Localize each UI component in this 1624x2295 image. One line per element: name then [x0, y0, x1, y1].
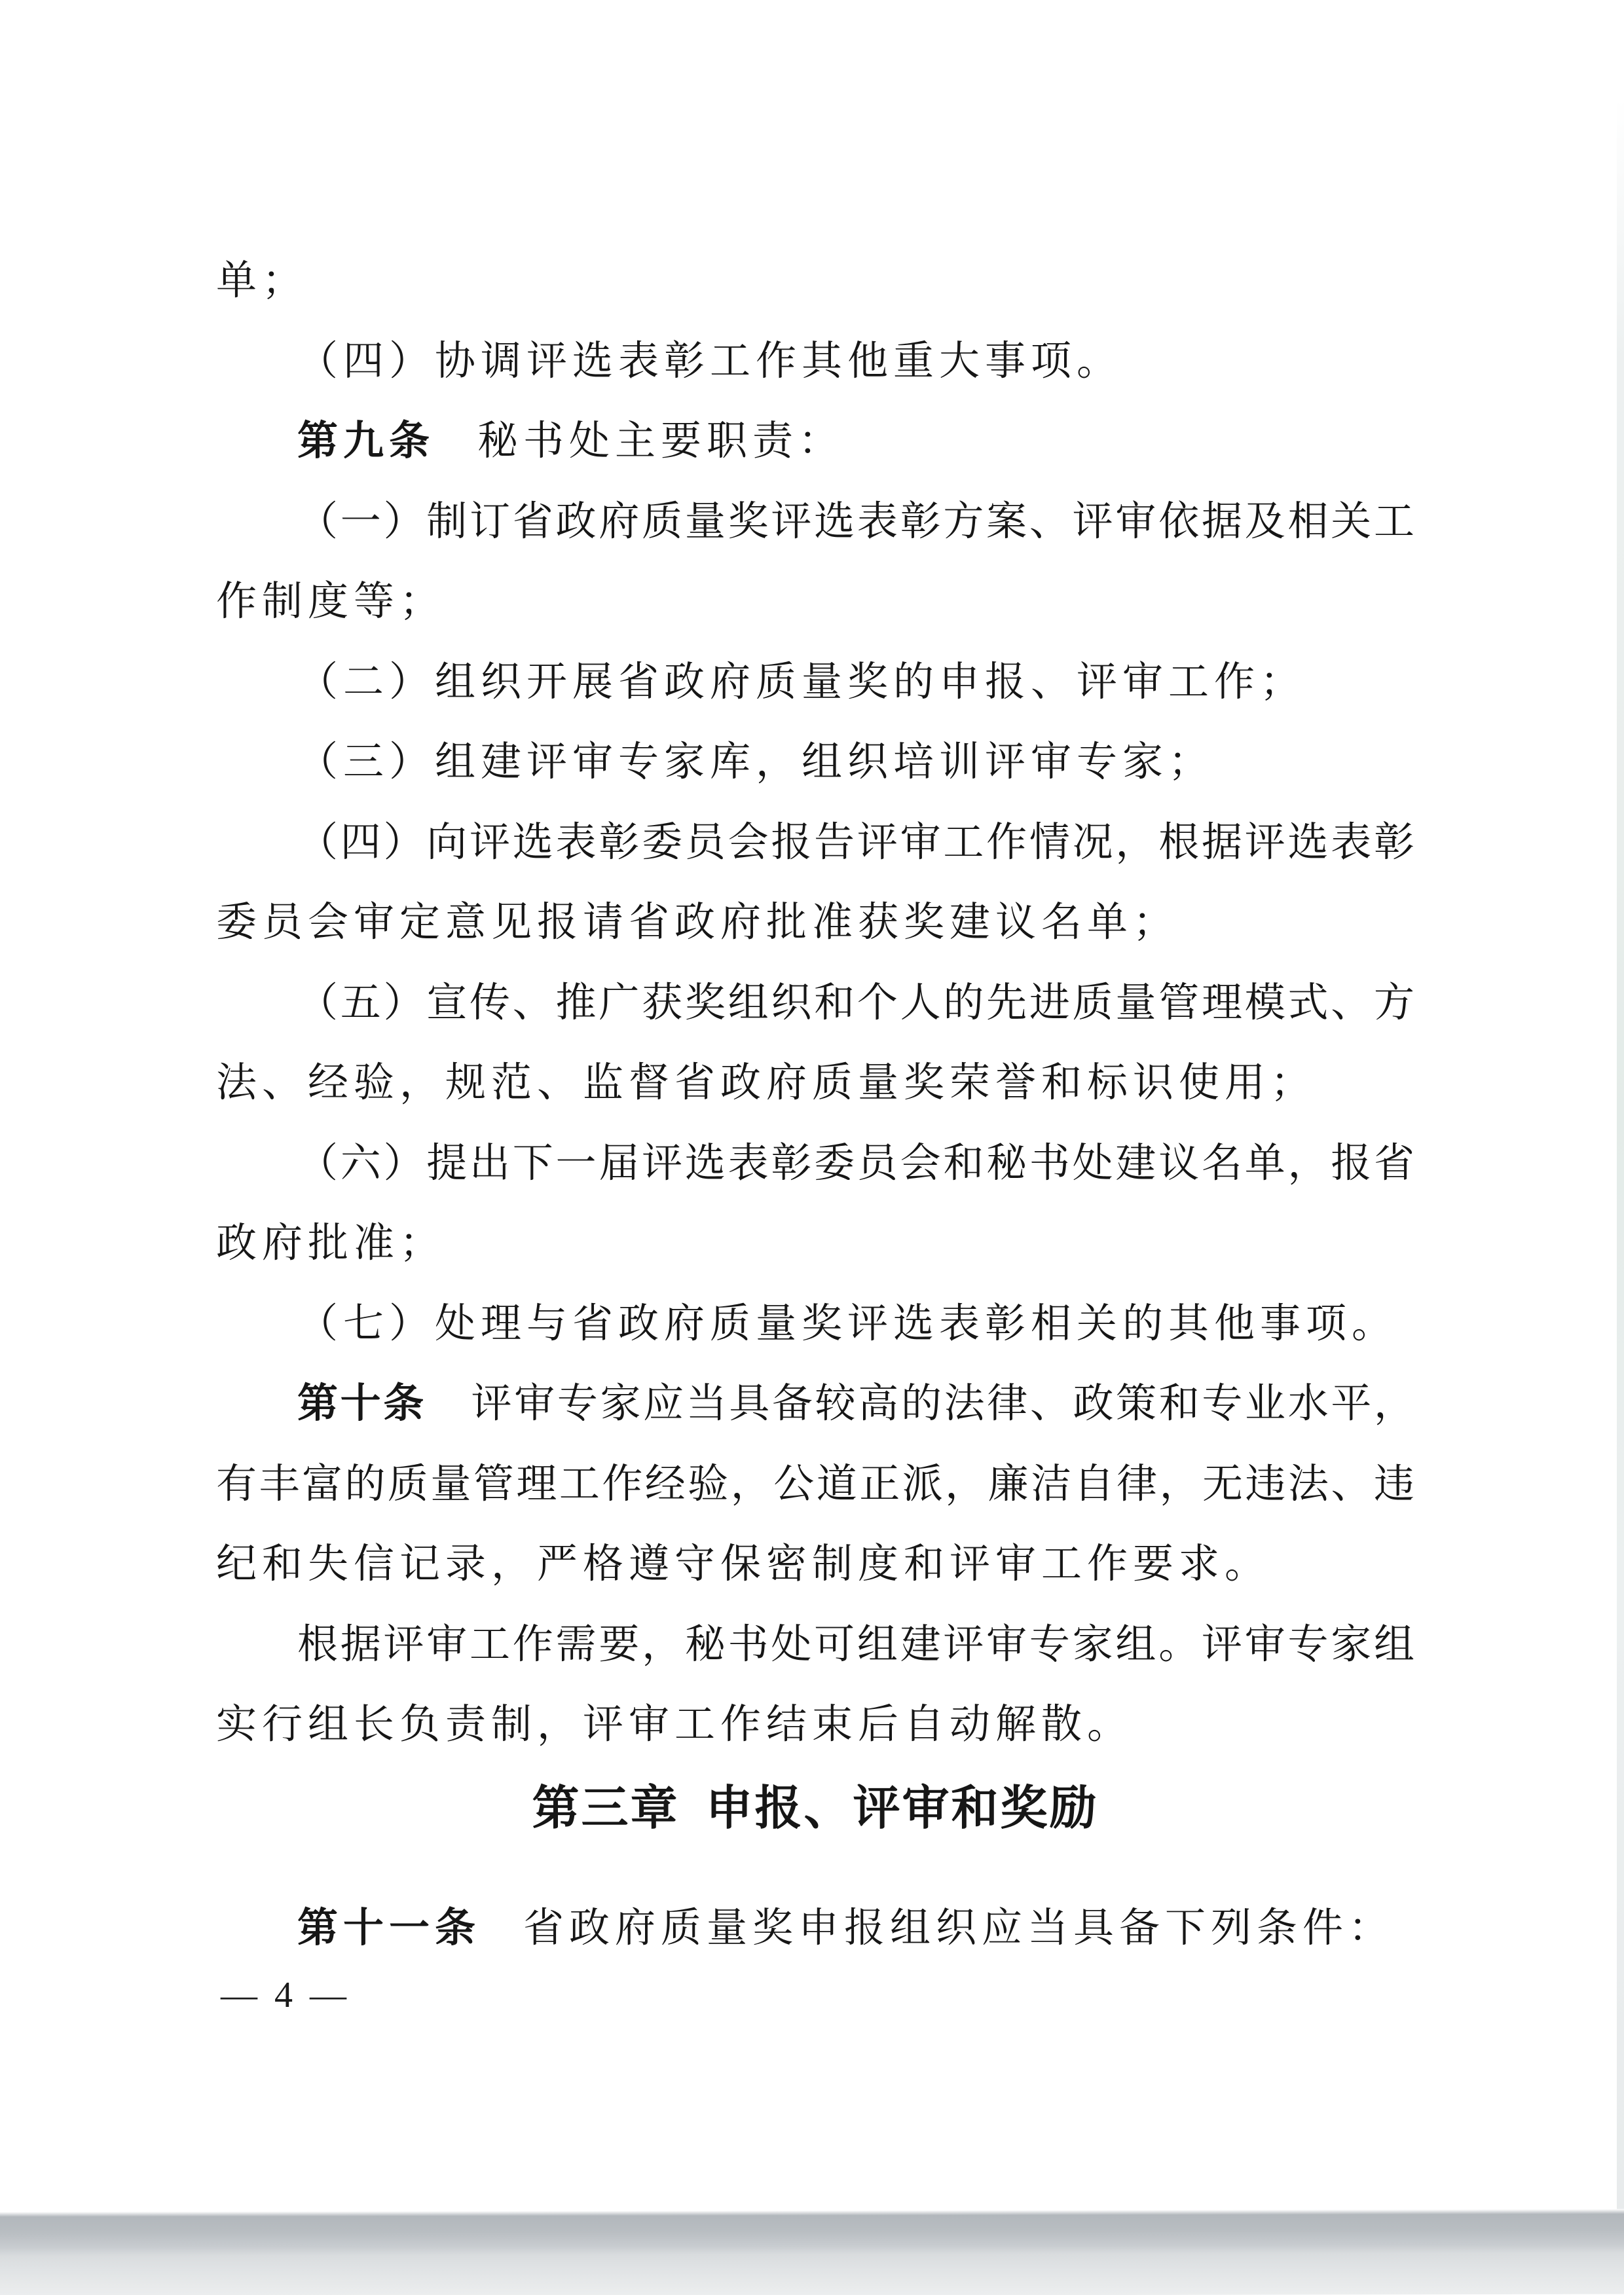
page-number: — 4 — — [221, 1972, 350, 2018]
line-text: 有丰富的质量管理工作经验，公道正派，廉洁自律，无违法、违 — [216, 1462, 1414, 1507]
line-text: 纪和失信记录，严格遵守保密制度和评审工作要求。 — [216, 1542, 1270, 1587]
text-line: 纪和失信记录，严格遵守保密制度和评审工作要求。 — [216, 1524, 1414, 1605]
text-line: 第十一条省政府质量奖申报组织应当具备下列条件： — [216, 1888, 1414, 1969]
line-text: 实行组长负责制，评审工作结束后自动解散。 — [216, 1702, 1133, 1747]
line-text: 申报、评审和奖励 — [706, 1782, 1099, 1835]
text-line: 委员会审定意见报请省政府批准获奖建议名单； — [216, 883, 1414, 963]
line-text: 单； — [216, 259, 308, 303]
article-number: 第十一条 — [297, 1905, 481, 1951]
chapter-number: 第三章 — [532, 1782, 679, 1835]
text-line: 政府批准； — [216, 1203, 1414, 1284]
article-number: 第九条 — [297, 418, 435, 464]
line-text: 评审专家应当具备较高的法律、政策和专业水平， — [469, 1382, 1414, 1426]
line-text: （三）组建评审专家库，组织培训评审专家； — [297, 740, 1214, 784]
line-text: （七）处理与省政府质量奖评选表彰相关的其他事项。 — [297, 1302, 1397, 1346]
text-line: 单； — [216, 241, 1414, 321]
line-text: 委员会审定意见报请省政府批准获奖建议名单； — [216, 900, 1179, 945]
text-line: 法、经验，规范、监督省政府质量奖荣誉和标识使用； — [216, 1043, 1414, 1124]
line-text: （五）宣传、推广获奖组织和个人的先进质量管理模式、方 — [297, 981, 1414, 1025]
text-line: （四）向评选表彰委员会报告评审工作情况，根据评选表彰 — [216, 803, 1414, 883]
document-text-block: 单；（四）协调评选表彰工作其他重大事项。第九条秘书处主要职责：（一）制订省政府质… — [216, 241, 1414, 1968]
text-line: （七）处理与省政府质量奖评选表彰相关的其他事项。 — [216, 1284, 1414, 1365]
text-line: （四）协调评选表彰工作其他重大事项。 — [216, 321, 1414, 402]
line-text: 根据评审工作需要，秘书处可组建评审专家组。评审专家组 — [297, 1623, 1414, 1667]
line-text: （一）制订省政府质量奖评选表彰方案、评审依据及相关工 — [297, 500, 1414, 544]
line-text: 政府批准； — [216, 1221, 445, 1266]
text-line: 第九条秘书处主要职责： — [216, 401, 1414, 482]
article-number: 第十条 — [297, 1381, 426, 1426]
chapter-heading: 第三章申报、评审和奖励 — [216, 1769, 1414, 1848]
text-line: （六）提出下一届评选表彰委员会和秘书处建议名单，报省 — [216, 1124, 1414, 1204]
text-line: 根据评审工作需要，秘书处可组建评审专家组。评审专家组 — [216, 1605, 1414, 1685]
scanned-document-page: 单；（四）协调评选表彰工作其他重大事项。第九条秘书处主要职责：（一）制订省政府质… — [0, 0, 1624, 2295]
scan-edge-bottom-artifact — [0, 2209, 1624, 2295]
text-line: （五）宣传、推广获奖组织和个人的先进质量管理模式、方 — [216, 963, 1414, 1044]
scan-edge-right-artifact — [1617, 98, 1624, 2213]
text-line: （二）组织开展省政府质量奖的申报、评审工作； — [216, 642, 1414, 723]
text-line: （一）制订省政府质量奖评选表彰方案、评审依据及相关工 — [216, 482, 1414, 562]
text-line: （三）组建评审专家库，组织培训评审专家； — [216, 722, 1414, 803]
line-text: （四）协调评选表彰工作其他重大事项。 — [297, 339, 1122, 384]
text-line: 有丰富的质量管理工作经验，公道正派，廉洁自律，无违法、违 — [216, 1444, 1414, 1525]
line-text: 作制度等； — [216, 579, 445, 624]
line-text: （六）提出下一届评选表彰委员会和秘书处建议名单，报省 — [297, 1141, 1414, 1186]
line-text: 省政府质量奖申报组织应当具备下列条件： — [523, 1906, 1394, 1951]
line-text: （四）向评选表彰委员会报告评审工作情况，根据评选表彰 — [297, 820, 1414, 865]
line-text: 法、经验，规范、监督省政府质量奖荣誉和标识使用； — [216, 1061, 1316, 1105]
line-text: 秘书处主要职责： — [477, 419, 844, 464]
text-line: 作制度等； — [216, 562, 1414, 642]
text-line: 实行组长负责制，评审工作结束后自动解散。 — [216, 1685, 1414, 1765]
text-line: 第十条评审专家应当具备较高的法律、政策和专业水平， — [216, 1364, 1414, 1444]
line-text: （二）组织开展省政府质量奖的申报、评审工作； — [297, 660, 1306, 705]
